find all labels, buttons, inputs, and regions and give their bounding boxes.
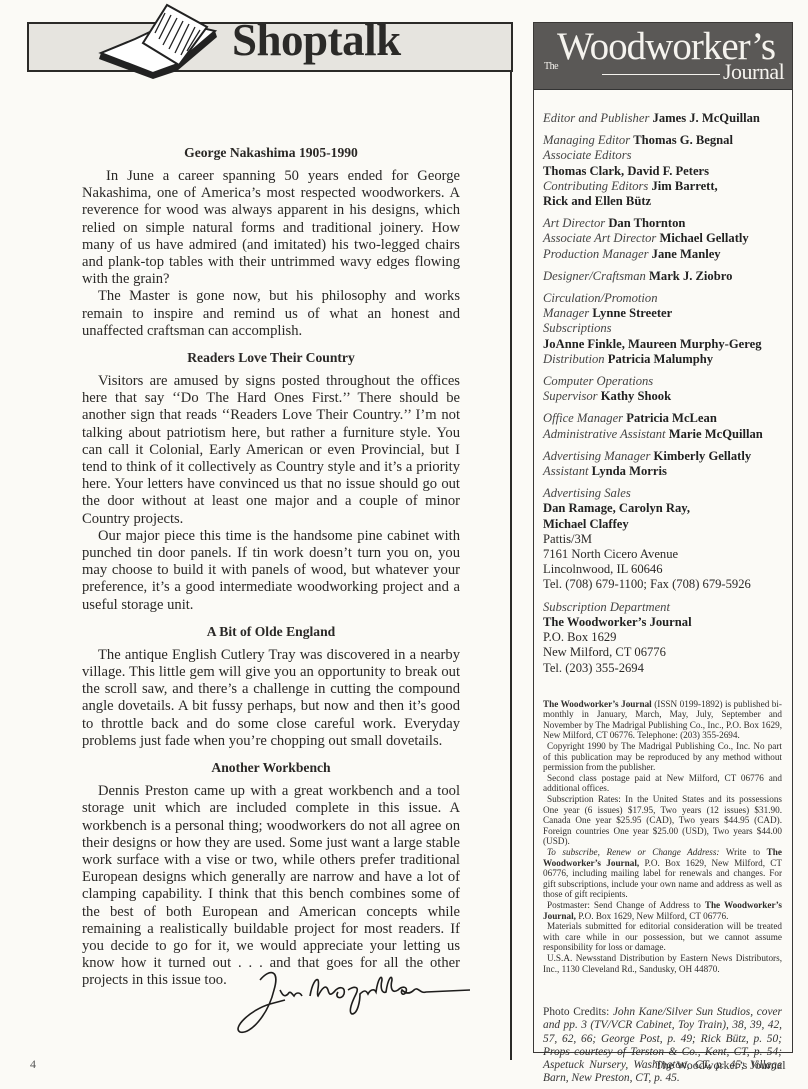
article-paragraph: Our major piece this time is the handsom… [82, 528, 460, 614]
fine-print-paragraph: Copyright 1990 by The Madrigal Publishin… [543, 741, 782, 773]
staff-line: Distribution Patricia Malumphy [543, 352, 792, 367]
section-heading: Another Workbench [82, 759, 460, 776]
fine-text: Subscription Rates: In the United States… [543, 794, 782, 846]
fine-text: Postmaster: Send Change of Address to [547, 900, 705, 910]
staff-line: Advertising Manager Kimberly Gellatly [543, 449, 792, 464]
staff-role: Distribution [543, 352, 605, 366]
staff-line: Supervisor Kathy Shook [543, 389, 792, 404]
staff-name: Dan Thornton [608, 216, 685, 230]
staff-line: Dan Ramage, Carolyn Ray, [543, 501, 792, 516]
section-heading: Readers Love Their Country [82, 349, 460, 366]
address-text: 7161 North Cicero Avenue [543, 547, 678, 561]
fine-print-paragraph: The Woodworker’s Journal (ISSN 0199-1892… [543, 699, 782, 741]
staff-line: 7161 North Cicero Avenue [543, 547, 792, 562]
staff-role: Circulation/Promotion [543, 291, 658, 305]
staff-name: Rick and Ellen Bütz [543, 194, 651, 208]
staff-name: Kathy Shook [601, 389, 671, 403]
staff-line: Rick and Ellen Bütz [543, 194, 792, 209]
staff-name: Lynne Streeter [592, 306, 672, 320]
article-paragraph: The Master is gone now, but his philosop… [82, 288, 460, 340]
staff-line: New Milford, CT 06776 [543, 645, 792, 660]
column-divider [510, 72, 512, 1060]
article-paragraph: The antique English Cutlery Tray was dis… [82, 647, 460, 750]
staff-group: Advertising SalesDan Ramage, Carolyn Ray… [543, 486, 792, 592]
staff-name: Marie McQuillan [669, 427, 763, 441]
staff-line: The Woodworker’s Journal [543, 615, 792, 630]
address-text: Pattis/3M [543, 532, 592, 546]
staff-role: Contributing Editors [543, 179, 648, 193]
staff-role: Office Manager [543, 411, 623, 425]
staff-line: Contributing Editors Jim Barrett, [543, 179, 792, 194]
staff-role: Associate Art Director [543, 231, 656, 245]
fine-print-paragraph: Postmaster: Send Change of Address to Th… [543, 900, 782, 921]
staff-name: Jim Barrett, [651, 179, 717, 193]
address-text: Tel. (708) 679-1100; Fax (708) 679-5926 [543, 577, 751, 591]
staff-group: Circulation/PromotionManager Lynne Stree… [543, 291, 792, 367]
fine-print-paragraph: Materials submitted for editorial consid… [543, 921, 782, 953]
publication-name: The Woodworker’s Journal [543, 699, 652, 709]
staff-role: Subscriptions [543, 321, 612, 335]
staff-group: Computer OperationsSupervisor Kathy Shoo… [543, 374, 792, 404]
staff-group: Subscription DepartmentThe Woodworker’s … [543, 600, 792, 676]
staff-line: Assistant Lynda Morris [543, 464, 792, 479]
fine-text: Materials submitted for editorial consid… [543, 921, 782, 952]
fine-print-paragraph: Subscription Rates: In the United States… [543, 794, 782, 847]
staff-name: James J. McQuillan [653, 111, 760, 125]
staff-line: Production Manager Jane Manley [543, 247, 792, 262]
staff-role: Associate Editors [543, 148, 632, 162]
staff-group: Editor and Publisher James J. McQuillan [543, 111, 792, 126]
staff-role: Art Director [543, 216, 605, 230]
section-heading: George Nakashima 1905-1990 [82, 144, 460, 161]
article-paragraph: Visitors are amused by signs posted thro… [82, 373, 460, 528]
staff-line: Lincolnwood, IL 60646 [543, 562, 792, 577]
staff-line: Tel. (708) 679-1100; Fax (708) 679-5926 [543, 577, 792, 592]
fine-text: Copyright 1990 by The Madrigal Publishin… [543, 741, 782, 772]
staff-role: Manager [543, 306, 589, 320]
staff-group: Managing Editor Thomas G. BegnalAssociat… [543, 133, 792, 209]
address-text: Lincolnwood, IL 60646 [543, 562, 663, 576]
logo-rule [602, 74, 720, 75]
staff-role: Supervisor [543, 389, 598, 403]
staff-line: Manager Lynne Streeter [543, 306, 792, 321]
publication-fine-print: The Woodworker’s Journal (ISSN 0199-1892… [534, 683, 792, 974]
logo-journal: Journal [723, 61, 784, 83]
staff-name: Patricia Malumphy [608, 352, 713, 366]
staff-line: Subscriptions [543, 321, 792, 336]
staff-group: Office Manager Patricia McLeanAdministra… [543, 411, 792, 441]
photo-credits-label: Photo Credits: [543, 1006, 613, 1018]
fine-text: Second class postage paid at New Milford… [543, 773, 782, 794]
article-section: A Bit of Olde EnglandThe antique English… [82, 623, 460, 750]
staff-line: Subscription Department [543, 600, 792, 615]
article-section: George Nakashima 1905-1990In June a care… [82, 144, 460, 340]
address-text: New Milford, CT 06776 [543, 645, 666, 659]
editorial-article: George Nakashima 1905-1990In June a care… [82, 144, 460, 998]
staff-role: Advertising Sales [543, 486, 631, 500]
staff-line: Tel. (203) 355-2694 [543, 661, 792, 676]
article-section: Readers Love Their CountryVisitors are a… [82, 349, 460, 614]
staff-line: Associate Editors [543, 148, 792, 163]
staff-name: Dan Ramage, Carolyn Ray, [543, 501, 690, 515]
staff-line: Michael Claffey [543, 517, 792, 532]
section-title: Shoptalk [232, 18, 401, 63]
staff-line: Managing Editor Thomas G. Begnal [543, 133, 792, 148]
staff-role: Subscription Department [543, 600, 670, 614]
staff-name: JoAnne Finkle, Maureen Murphy-Gereg [543, 337, 762, 351]
logo-the: The [544, 61, 558, 72]
staff-role: Advertising Manager [543, 449, 650, 463]
fine-print-paragraph: Second class postage paid at New Milford… [543, 773, 782, 794]
staff-line: Administrative Assistant Marie McQuillan [543, 427, 792, 442]
footer-magazine-name: The Woodworker’s Journal [655, 1058, 786, 1073]
staff-role: Designer/Craftsman [543, 269, 646, 283]
staff-group: Art Director Dan ThorntonAssociate Art D… [543, 216, 792, 262]
staff-role: Administrative Assistant [543, 427, 666, 441]
section-heading: A Bit of Olde England [82, 623, 460, 640]
fine-print-paragraph: To subscribe, Renew or Change Address: W… [543, 847, 782, 900]
staff-line: Thomas Clark, David F. Peters [543, 164, 792, 179]
magazine-logo: The Woodworker’s Journal [534, 23, 792, 90]
fine-italic: To subscribe, Renew or Change Address: [547, 847, 720, 857]
masthead-box: The Woodworker’s Journal Editor and Publ… [533, 22, 793, 1053]
staff-role: Production Manager [543, 247, 649, 261]
article-paragraph: Dennis Preston came up with a great work… [82, 783, 460, 989]
staff-line: Pattis/3M [543, 532, 792, 547]
staff-line: Editor and Publisher James J. McQuillan [543, 111, 792, 126]
staff-name: Jane Manley [652, 247, 721, 261]
staff-name: Lynda Morris [592, 464, 667, 478]
staff-group: Advertising Manager Kimberly GellatlyAss… [543, 449, 792, 479]
article-paragraph: In June a career spanning 50 years ended… [82, 168, 460, 288]
staff-line: P.O. Box 1629 [543, 630, 792, 645]
staff-name: Michael Claffey [543, 517, 629, 531]
staff-name: Kimberly Gellatly [654, 449, 752, 463]
article-section: Another WorkbenchDennis Preston came up … [82, 759, 460, 989]
staff-name: Thomas Clark, David F. Peters [543, 164, 709, 178]
fine-text: P.O. Box 1629, New Milford, CT 06776. [576, 911, 728, 921]
staff-line: Designer/Craftsman Mark J. Ziobro [543, 269, 792, 284]
signature-icon [230, 960, 490, 1040]
fine-print-paragraph: U.S.A. Newsstand Distribution by Eastern… [543, 953, 782, 974]
staff-line: Computer Operations [543, 374, 792, 389]
fine-text: U.S.A. Newsstand Distribution by Eastern… [543, 953, 782, 974]
page-number: 4 [30, 1057, 36, 1072]
open-book-icon [95, 3, 225, 81]
staff-role: Assistant [543, 464, 589, 478]
staff-role: Computer Operations [543, 374, 653, 388]
staff-role: Editor and Publisher [543, 111, 649, 125]
staff-line: Associate Art Director Michael Gellatly [543, 231, 792, 246]
staff-line: Art Director Dan Thornton [543, 216, 792, 231]
staff-name: Michael Gellatly [660, 231, 749, 245]
staff-line: Office Manager Patricia McLean [543, 411, 792, 426]
staff-name: The Woodworker’s Journal [543, 615, 692, 629]
staff-name: Patricia McLean [626, 411, 717, 425]
staff-line: Advertising Sales [543, 486, 792, 501]
staff-list: Editor and Publisher James J. McQuillanM… [534, 90, 792, 676]
staff-group: Designer/Craftsman Mark J. Ziobro [543, 269, 792, 284]
fine-text: Write to [720, 847, 767, 857]
staff-line: Circulation/Promotion [543, 291, 792, 306]
staff-name: Thomas G. Begnal [633, 133, 733, 147]
staff-line: JoAnne Finkle, Maureen Murphy-Gereg [543, 337, 792, 352]
staff-name: Mark J. Ziobro [649, 269, 732, 283]
staff-role: Managing Editor [543, 133, 630, 147]
address-text: Tel. (203) 355-2694 [543, 661, 644, 675]
address-text: P.O. Box 1629 [543, 630, 616, 644]
